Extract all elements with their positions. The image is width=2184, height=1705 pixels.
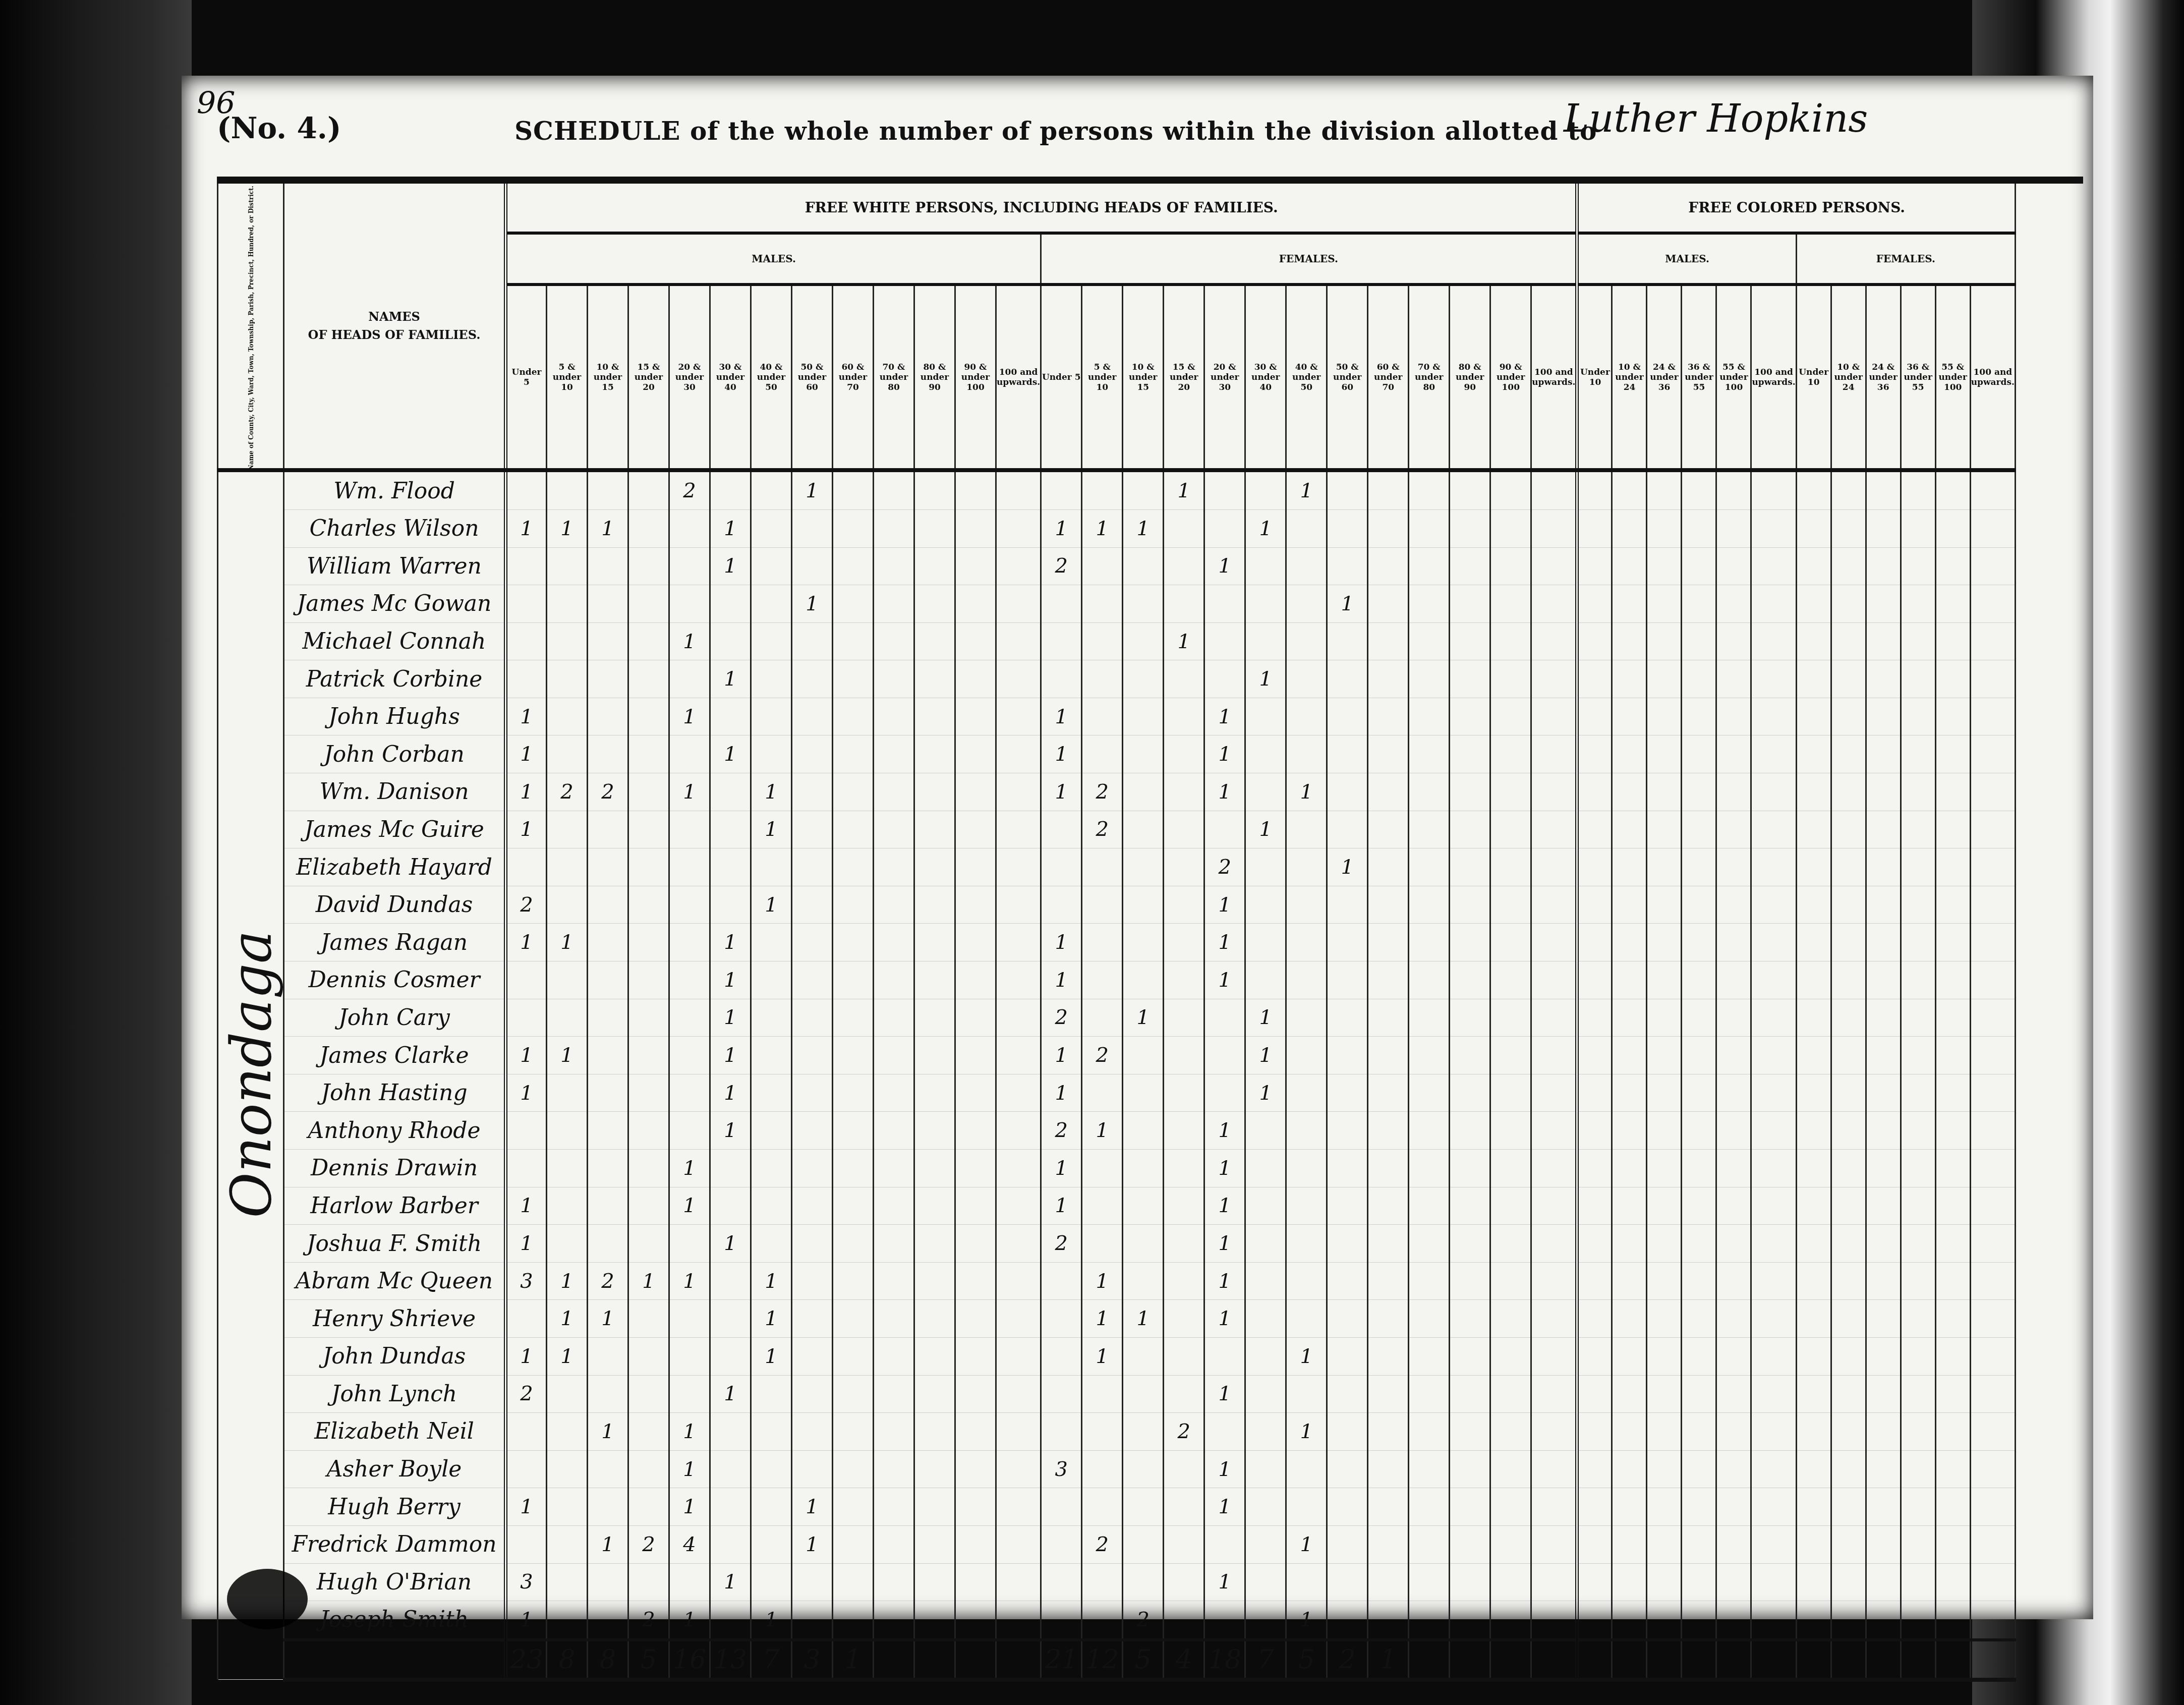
colored-count xyxy=(1682,1112,1716,1150)
white-female-count xyxy=(1164,1037,1204,1074)
white-female-count xyxy=(1123,1262,1164,1300)
household-row: John Hasting1111 xyxy=(218,1074,2016,1112)
colored-total xyxy=(1612,1640,1647,1680)
colored-count xyxy=(1682,509,1716,547)
white-male-count xyxy=(710,1150,751,1187)
white-male-count xyxy=(833,1450,874,1488)
white-male-count: 1 xyxy=(751,1601,792,1640)
white-male-count xyxy=(751,1225,792,1263)
white-male-count xyxy=(833,509,874,547)
colored-age-column-header: 10 & under 24 xyxy=(1612,285,1647,470)
schedule-title: SCHEDULE of the whole number of persons … xyxy=(514,116,1597,146)
white-male-count xyxy=(914,848,955,886)
white-male-count: 1 xyxy=(710,1074,751,1112)
white-female-count xyxy=(1123,1337,1164,1375)
colored-total xyxy=(1647,1640,1682,1680)
white-male-count xyxy=(914,1225,955,1263)
white-male-count xyxy=(833,848,874,886)
colored-count xyxy=(1866,1225,1901,1263)
white-male-count xyxy=(955,1037,996,1074)
white-male-count xyxy=(628,1337,669,1375)
white-male-count xyxy=(996,509,1041,547)
colored-count xyxy=(1751,999,1796,1037)
white-male-count xyxy=(833,773,874,811)
colored-count xyxy=(1647,1337,1682,1375)
white-male-count xyxy=(833,1375,874,1413)
white-male-count xyxy=(914,470,955,509)
household-row: Asher Boyle131 xyxy=(218,1450,2016,1488)
white-male-total: 1 xyxy=(833,1640,874,1680)
white-male-count xyxy=(833,1601,874,1640)
colored-count xyxy=(1647,1525,1682,1563)
white-female-count xyxy=(1245,848,1286,886)
colored-count xyxy=(1935,1150,1970,1187)
white-female-count xyxy=(1490,622,1531,660)
colored-count xyxy=(1935,585,1970,623)
colored-count xyxy=(1796,1525,1831,1563)
colored-count xyxy=(1647,509,1682,547)
colored-count xyxy=(1647,622,1682,660)
white-male-count: 1 xyxy=(751,1300,792,1338)
white-female-count xyxy=(1082,470,1123,509)
white-male-count xyxy=(751,509,792,547)
white-female-count xyxy=(1450,1375,1490,1413)
white-female-count: 1 xyxy=(1204,961,1245,999)
white-male-count xyxy=(588,470,628,509)
white-male-count xyxy=(669,585,710,623)
colored-count xyxy=(1612,999,1647,1037)
head-of-family-name: James Mc Gowan xyxy=(284,585,506,623)
white-female-count xyxy=(1041,1375,1082,1413)
household-row: James Clarke111121 xyxy=(218,1037,2016,1074)
white-female-count xyxy=(1531,509,1577,547)
white-male-count xyxy=(914,1037,955,1074)
colored-count xyxy=(1866,848,1901,886)
colored-count xyxy=(1796,1563,1831,1601)
white-female-count xyxy=(1409,1337,1450,1375)
white-male-count xyxy=(996,1262,1041,1300)
colored-count xyxy=(1831,961,1866,999)
colored-count xyxy=(1682,1300,1716,1338)
colored-count xyxy=(1935,886,1970,924)
colored-count xyxy=(1577,1150,1612,1187)
colored-count xyxy=(1935,848,1970,886)
white-age-column-header: 80 & under 90 xyxy=(1450,285,1490,470)
colored-count xyxy=(1716,698,1751,735)
white-female-count xyxy=(1327,470,1368,509)
white-male-count xyxy=(628,1488,669,1526)
white-male-count xyxy=(874,470,914,509)
white-male-count xyxy=(914,1413,955,1451)
white-male-count xyxy=(792,1300,833,1338)
white-male-count xyxy=(955,1300,996,1338)
colored-count xyxy=(1901,1112,1935,1150)
colored-total xyxy=(1866,1640,1901,1680)
white-female-count xyxy=(1082,1225,1123,1263)
white-male-count xyxy=(669,1074,710,1112)
scan-thumb-shadow xyxy=(227,1569,308,1629)
white-female-count xyxy=(1164,698,1204,735)
colored-count xyxy=(1866,961,1901,999)
white-male-count xyxy=(547,1225,588,1263)
white-female-count xyxy=(1041,1525,1082,1563)
white-male-count: 1 xyxy=(547,1300,588,1338)
white-male-count xyxy=(955,585,996,623)
colored-count xyxy=(1935,773,1970,811)
white-age-column-header: 5 & under 10 xyxy=(1082,285,1123,470)
white-male-count: 1 xyxy=(751,886,792,924)
colored-count xyxy=(1831,1601,1866,1640)
white-male-count: 1 xyxy=(588,509,628,547)
colored-count xyxy=(1751,1037,1796,1074)
white-male-count xyxy=(669,660,710,698)
white-female-count xyxy=(1123,1225,1164,1263)
white-female-count xyxy=(1531,660,1577,698)
white-female-count: 1 xyxy=(1082,1300,1123,1338)
colored-count xyxy=(1647,1262,1682,1300)
colored-count xyxy=(1577,660,1612,698)
header-rule xyxy=(217,177,2083,184)
white-male-total: 23 xyxy=(506,1640,547,1680)
white-male-count xyxy=(628,470,669,509)
white-female-count xyxy=(1164,1225,1204,1263)
white-male-count xyxy=(996,698,1041,735)
white-male-count xyxy=(710,698,751,735)
colored-count xyxy=(1751,622,1796,660)
white-male-count xyxy=(996,547,1041,585)
white-male-count xyxy=(955,1337,996,1375)
white-male-count xyxy=(833,1337,874,1375)
white-male-count xyxy=(669,886,710,924)
colored-count xyxy=(1796,1150,1831,1187)
colored-count xyxy=(1577,1488,1612,1526)
white-female-total: 7 xyxy=(1245,1640,1286,1680)
white-female-count xyxy=(1409,924,1450,961)
white-age-column-header: 15 & under 20 xyxy=(628,285,669,470)
white-female-count xyxy=(1327,1525,1368,1563)
white-male-count xyxy=(588,961,628,999)
white-male-count xyxy=(874,1037,914,1074)
white-female-total xyxy=(1409,1640,1450,1680)
white-female-count xyxy=(1490,1450,1531,1488)
colored-count xyxy=(1796,585,1831,623)
white-female-count: 1 xyxy=(1204,735,1245,773)
white-male-count: 1 xyxy=(506,1488,547,1526)
white-female-count xyxy=(1450,1525,1490,1563)
white-female-count: 1 xyxy=(1082,1112,1123,1150)
colored-count xyxy=(1970,509,2015,547)
white-female-count xyxy=(1450,1225,1490,1263)
white-male-count xyxy=(792,1225,833,1263)
white-male-count xyxy=(914,1262,955,1300)
colored-count xyxy=(1577,1375,1612,1413)
white-male-count xyxy=(751,1187,792,1225)
colored-count xyxy=(1751,1525,1796,1563)
white-female-count xyxy=(1368,1262,1409,1300)
colored-count xyxy=(1682,924,1716,961)
white-male-count xyxy=(669,509,710,547)
colored-count xyxy=(1751,961,1796,999)
household-row: Wm. Danison122111211 xyxy=(218,773,2016,811)
colored-count xyxy=(1901,961,1935,999)
white-male-count xyxy=(833,547,874,585)
white-female-count xyxy=(1368,547,1409,585)
white-female-count xyxy=(1531,735,1577,773)
colored-count xyxy=(1647,999,1682,1037)
colored-count xyxy=(1796,698,1831,735)
white-male-total xyxy=(874,1640,914,1680)
white-male-count xyxy=(833,1037,874,1074)
white-female-count xyxy=(1286,1037,1327,1074)
white-male-count xyxy=(669,1375,710,1413)
colored-count xyxy=(1577,811,1612,848)
white-male-count: 1 xyxy=(710,961,751,999)
white-female-count xyxy=(1041,1300,1082,1338)
white-female-count xyxy=(1368,773,1409,811)
colored-count xyxy=(1647,1074,1682,1112)
white-female-total: 5 xyxy=(1123,1640,1164,1680)
white-female-count xyxy=(1286,961,1327,999)
colored-count xyxy=(1716,1450,1751,1488)
white-male-count xyxy=(792,1262,833,1300)
colored-count xyxy=(1751,735,1796,773)
colored-count xyxy=(1901,660,1935,698)
colored-count xyxy=(1901,1300,1935,1338)
colored-count xyxy=(1901,1150,1935,1187)
colored-count xyxy=(1970,1450,2015,1488)
colored-total xyxy=(1935,1640,1970,1680)
white-age-column-header: 10 & under 15 xyxy=(588,285,628,470)
white-female-count xyxy=(1164,924,1204,961)
colored-count xyxy=(1647,811,1682,848)
white-female-count xyxy=(1245,470,1286,509)
white-male-total: 13 xyxy=(710,1640,751,1680)
white-female-count xyxy=(1204,1037,1245,1074)
colored-count xyxy=(1647,1150,1682,1187)
white-male-count xyxy=(996,1074,1041,1112)
white-male-count xyxy=(874,999,914,1037)
colored-count xyxy=(1751,811,1796,848)
white-female-count: 1 xyxy=(1204,1150,1245,1187)
white-female-count xyxy=(1123,1525,1164,1563)
white-male-count xyxy=(751,698,792,735)
colored-count xyxy=(1935,698,1970,735)
white-male-count xyxy=(914,585,955,623)
white-female-count xyxy=(1409,698,1450,735)
white-female-count: 1 xyxy=(1041,509,1082,547)
white-female-count xyxy=(1286,547,1327,585)
white-female-count xyxy=(1327,1187,1368,1225)
colored-count xyxy=(1751,1337,1796,1375)
white-female-count: 1 xyxy=(1041,961,1082,999)
head-of-family-name: Charles Wilson xyxy=(284,509,506,547)
white-male-count xyxy=(588,1112,628,1150)
white-male-count xyxy=(996,773,1041,811)
colored-count xyxy=(1970,1262,2015,1300)
white-male-count xyxy=(996,1375,1041,1413)
colored-count xyxy=(1970,1488,2015,1526)
white-age-column-header: 40 & under 50 xyxy=(1286,285,1327,470)
white-male-count xyxy=(996,1488,1041,1526)
colored-count xyxy=(1577,1037,1612,1074)
colored-count xyxy=(1716,1300,1751,1338)
white-male-count xyxy=(547,470,588,509)
white-female-count xyxy=(1450,1300,1490,1338)
colored-count xyxy=(1577,470,1612,509)
white-male-count xyxy=(833,1488,874,1526)
white-female-count xyxy=(1123,660,1164,698)
white-female-count xyxy=(1245,698,1286,735)
white-female-count xyxy=(1409,1150,1450,1187)
colored-count xyxy=(1866,660,1901,698)
colored-count xyxy=(1796,1074,1831,1112)
household-row: Fredrick Dammon124121 xyxy=(218,1525,2016,1563)
colored-count xyxy=(1682,999,1716,1037)
white-female-count: 2 xyxy=(1041,1225,1082,1263)
colored-count xyxy=(1831,735,1866,773)
white-male-count: 1 xyxy=(710,1375,751,1413)
white-female-count xyxy=(1450,698,1490,735)
white-male-count xyxy=(914,811,955,848)
white-female-count: 1 xyxy=(1041,773,1082,811)
white-male-total: 8 xyxy=(547,1640,588,1680)
white-female-count xyxy=(1204,811,1245,848)
white-male-count xyxy=(833,1187,874,1225)
white-female-count xyxy=(1082,585,1123,623)
white-male-count xyxy=(833,1074,874,1112)
white-male-count xyxy=(751,848,792,886)
white-male-count xyxy=(547,1375,588,1413)
colored-count xyxy=(1716,1262,1751,1300)
white-male-count xyxy=(955,1262,996,1300)
colored-count xyxy=(1612,470,1647,509)
white-female-count xyxy=(1409,622,1450,660)
colored-count xyxy=(1831,848,1866,886)
white-male-count xyxy=(914,1300,955,1338)
white-female-count xyxy=(1531,698,1577,735)
white-male-count xyxy=(547,1112,588,1150)
white-male-count xyxy=(914,509,955,547)
white-female-count xyxy=(1450,1262,1490,1300)
colored-count xyxy=(1935,1337,1970,1375)
colored-count xyxy=(1831,1074,1866,1112)
colored-count xyxy=(1751,1488,1796,1526)
white-female-count xyxy=(1041,1601,1082,1640)
colored-count xyxy=(1831,585,1866,623)
white-male-count: 1 xyxy=(506,1337,547,1375)
white-male-count xyxy=(996,1601,1041,1640)
white-female-count xyxy=(1123,1150,1164,1187)
white-male-count xyxy=(669,735,710,773)
white-female-count xyxy=(1286,1074,1327,1112)
white-male-total: 7 xyxy=(751,1640,792,1680)
colored-count xyxy=(1577,999,1612,1037)
white-male-count xyxy=(792,1375,833,1413)
white-male-count xyxy=(874,961,914,999)
white-female-count: 1 xyxy=(1204,886,1245,924)
white-male-count xyxy=(751,1450,792,1488)
white-female-count xyxy=(1245,1601,1286,1640)
white-male-count: 1 xyxy=(547,1037,588,1074)
white-male-count xyxy=(914,1375,955,1413)
white-male-count xyxy=(914,547,955,585)
white-female-count xyxy=(1123,698,1164,735)
white-female-count xyxy=(1082,1488,1123,1526)
white-female-count xyxy=(1490,1413,1531,1451)
white-female-count xyxy=(1409,1187,1450,1225)
colored-count xyxy=(1866,811,1901,848)
colored-age-column-header: 100 and upwards. xyxy=(1751,285,1796,470)
white-male-count: 1 xyxy=(669,1488,710,1526)
white-male-count: 1 xyxy=(669,1262,710,1300)
white-female-count xyxy=(1123,1563,1164,1601)
colored-count xyxy=(1866,509,1901,547)
white-male-count xyxy=(628,1300,669,1338)
colored-count xyxy=(1716,1488,1751,1526)
colored-count xyxy=(1796,961,1831,999)
white-female-count xyxy=(1531,924,1577,961)
white-female-count xyxy=(1286,1225,1327,1263)
white-female-count xyxy=(1164,1525,1204,1563)
white-male-count xyxy=(833,1150,874,1187)
white-female-count xyxy=(1490,1225,1531,1263)
white-female-count xyxy=(1531,1262,1577,1300)
white-male-count xyxy=(710,470,751,509)
white-female-count xyxy=(1245,1488,1286,1526)
white-male-count xyxy=(955,735,996,773)
white-male-count xyxy=(547,547,588,585)
white-male-total: 3 xyxy=(792,1640,833,1680)
white-male-count xyxy=(669,1112,710,1150)
colored-count xyxy=(1751,1187,1796,1225)
colored-total xyxy=(1831,1640,1866,1680)
white-female-count xyxy=(1286,1450,1327,1488)
colored-count xyxy=(1935,1488,1970,1526)
colored-count xyxy=(1901,773,1935,811)
county-column-header: Name of County, City, Ward, Town, Townsh… xyxy=(218,184,284,470)
colored-count xyxy=(1831,622,1866,660)
white-male-count: 2 xyxy=(588,773,628,811)
white-female-count xyxy=(1082,735,1123,773)
colored-count xyxy=(1796,773,1831,811)
colored-count xyxy=(1866,1300,1901,1338)
white-male-count xyxy=(996,924,1041,961)
colored-count xyxy=(1866,1074,1901,1112)
white-female-count xyxy=(1450,1601,1490,1640)
colored-count xyxy=(1751,924,1796,961)
white-male-count xyxy=(628,509,669,547)
white-female-count xyxy=(1368,660,1409,698)
white-male-count xyxy=(751,470,792,509)
household-row: Harlow Barber1111 xyxy=(218,1187,2016,1225)
white-male-count xyxy=(955,660,996,698)
colored-count xyxy=(1935,811,1970,848)
colored-count xyxy=(1647,698,1682,735)
white-male-count xyxy=(874,1262,914,1300)
white-male-count xyxy=(588,886,628,924)
white-female-count xyxy=(1082,698,1123,735)
white-male-count xyxy=(628,547,669,585)
colored-count xyxy=(1682,1450,1716,1488)
white-male-count xyxy=(588,1187,628,1225)
colored-count xyxy=(1612,1488,1647,1526)
white-female-count: 2 xyxy=(1082,773,1123,811)
white-female-count: 1 xyxy=(1082,1262,1123,1300)
white-female-count xyxy=(1368,999,1409,1037)
colored-count xyxy=(1935,924,1970,961)
white-female-count xyxy=(1164,660,1204,698)
colored-count xyxy=(1577,698,1612,735)
